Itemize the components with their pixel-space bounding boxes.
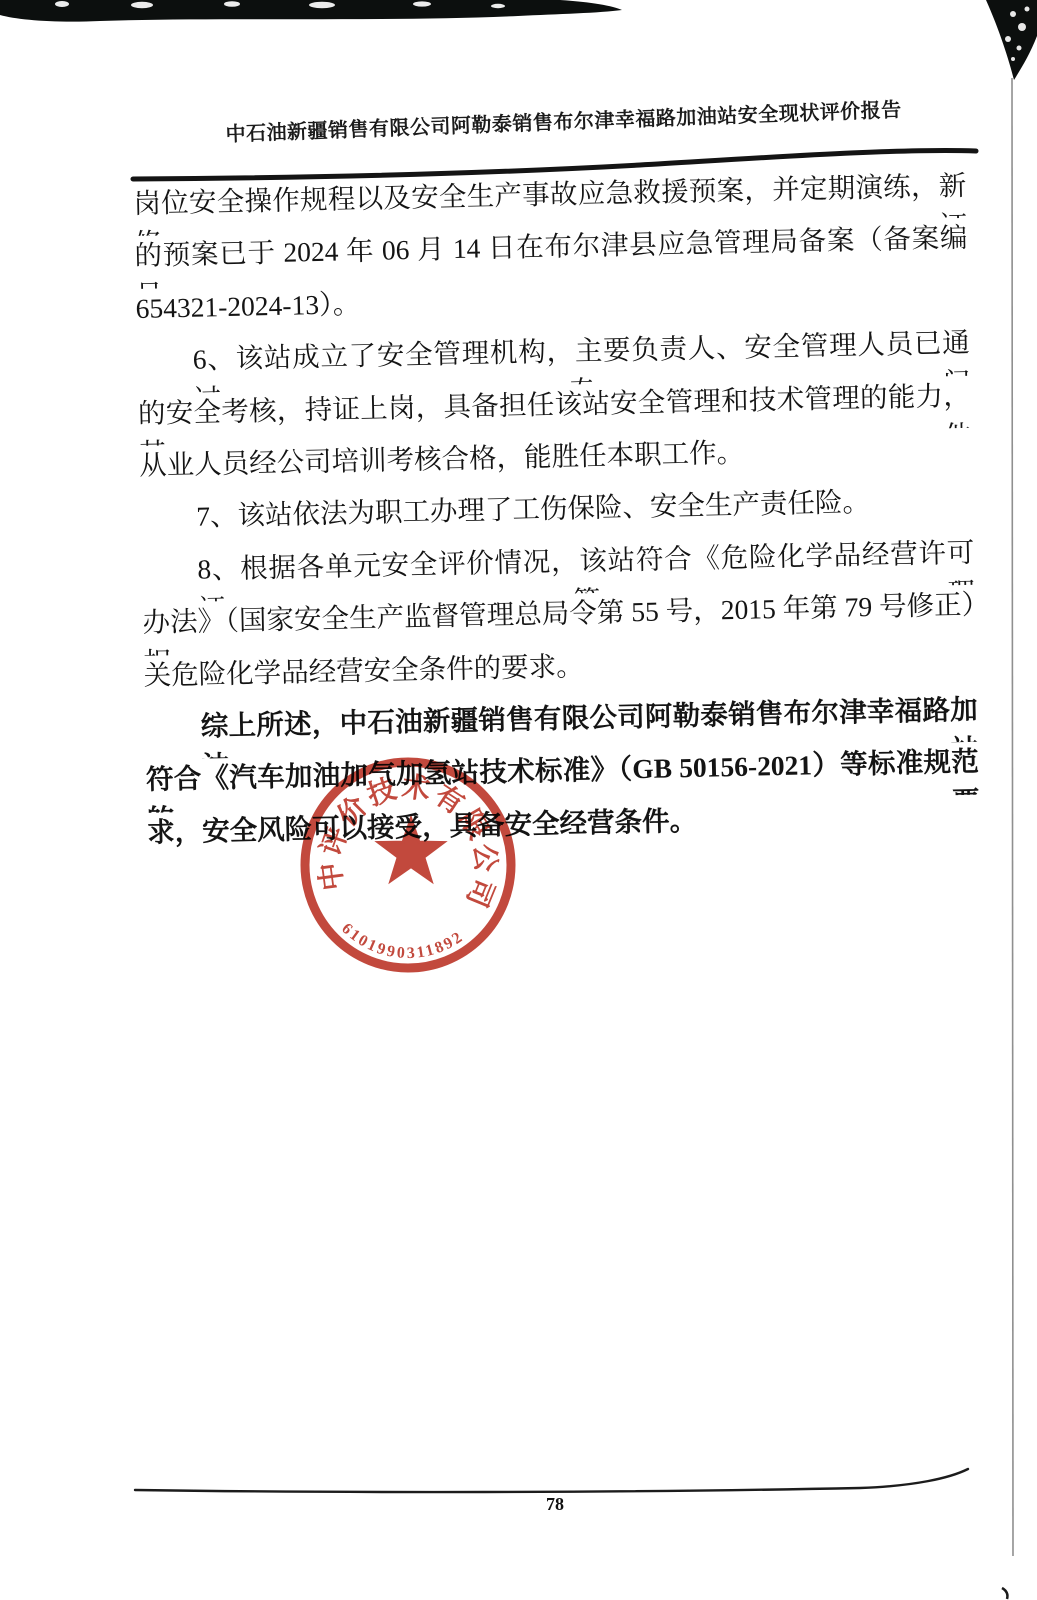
report-header-title: 中石油新疆销售有限公司阿勒泰销售布尔津幸福路加油站安全现状评价报告 [225,93,906,147]
body-text-block: 岗位安全操作规程以及安全生产事故应急救援预案，并定期演练，新修订 的预案已于 2… [133,166,981,865]
footer-rule [135,1469,968,1492]
scan-artifact-top-left [0,0,622,22]
scan-artifact-top-right [986,0,1037,80]
page-number: 78 [0,1494,1037,1515]
official-seal: 中评价技术有限公司 6101990311892 [289,746,529,986]
seal-star-icon [379,819,444,881]
scanned-document-page: 中石油新疆销售有限公司阿勒泰销售布尔津幸福路加油站安全现状评价报告 岗位安全操作… [0,0,1037,1600]
page-edge-line [1012,78,1013,1556]
scan-artifact-bottom-right [1002,1588,1007,1599]
